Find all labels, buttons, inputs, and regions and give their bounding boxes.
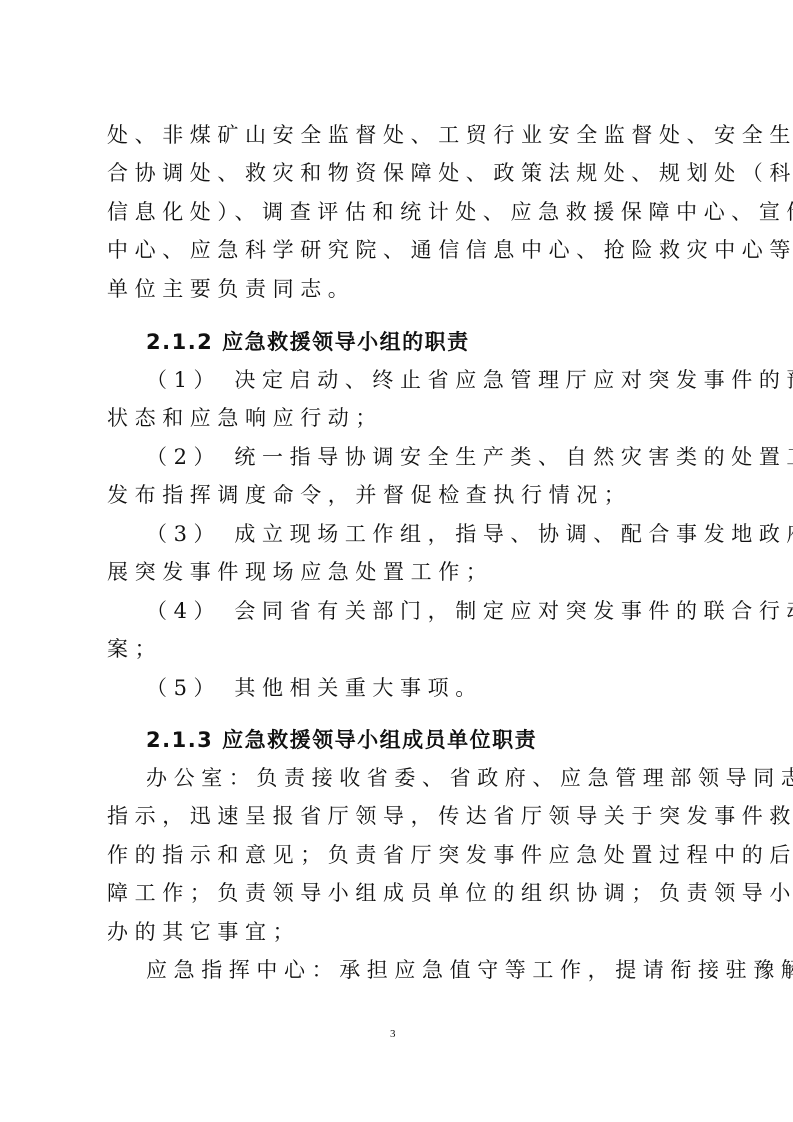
paragraph-line: 应急指挥中心：承担应急值守等工作，提请衔接驻豫解放: [146, 957, 732, 983]
section-heading-2-1-2: 2.1.2 应急救援领导小组的职责: [146, 329, 470, 355]
paragraph-line: 办的其它事宜；: [107, 919, 693, 945]
paragraph-line: 合协调处、救灾和物资保障处、政策法规处、规划处（科技和: [107, 160, 693, 186]
list-item-line: （4） 会同省有关部门，制定应对突发事件的联合行动方: [146, 598, 732, 624]
paragraph-line: 办公室：负责接收省委、省政府、应急管理部领导同志的: [146, 765, 732, 791]
list-item-line: 状态和应急响应行动；: [107, 405, 693, 431]
paragraph-line: 中心、应急科学研究院、通信信息中心、抢险救灾中心等处室: [107, 237, 693, 263]
list-item-line: （5） 其他相关重大事项。: [146, 675, 732, 701]
list-item-line: （3） 成立现场工作组，指导、协调、配合事发地政府开: [146, 521, 732, 547]
page-number: 3: [390, 1028, 396, 1040]
list-item-line: （1） 决定启动、终止省应急管理厅应对突发事件的预警: [146, 367, 732, 393]
document-page: 处、非煤矿山安全监督处、工贸行业安全监督处、安全生产综 合协调处、救灾和物资保障…: [0, 0, 793, 1122]
paragraph-line: 单位主要负责同志。: [107, 276, 693, 302]
list-item-line: （2） 统一指导协调安全生产类、自然灾害类的处置工作，: [146, 444, 732, 470]
paragraph-line: 处、非煤矿山安全监督处、工贸行业安全监督处、安全生产综: [107, 122, 693, 148]
paragraph-line: 信息化处）、调查评估和统计处、应急救援保障中心、宣传教育: [107, 199, 693, 225]
paragraph-line: 指示，迅速呈报省厅领导，传达省厅领导关于突发事件救援工: [107, 803, 693, 829]
list-item-line: 案；: [107, 636, 693, 662]
list-item-line: 展突发事件现场应急处置工作；: [107, 559, 693, 585]
list-item-line: 发布指挥调度命令，并督促检查执行情况；: [107, 482, 693, 508]
paragraph-line: 作的指示和意见；负责省厅突发事件应急处置过程中的后勤保: [107, 842, 693, 868]
section-heading-2-1-3: 2.1.3 应急救援领导小组成员单位职责: [146, 727, 537, 753]
paragraph-line: 障工作；负责领导小组成员单位的组织协调；负责领导小组交: [107, 880, 693, 906]
